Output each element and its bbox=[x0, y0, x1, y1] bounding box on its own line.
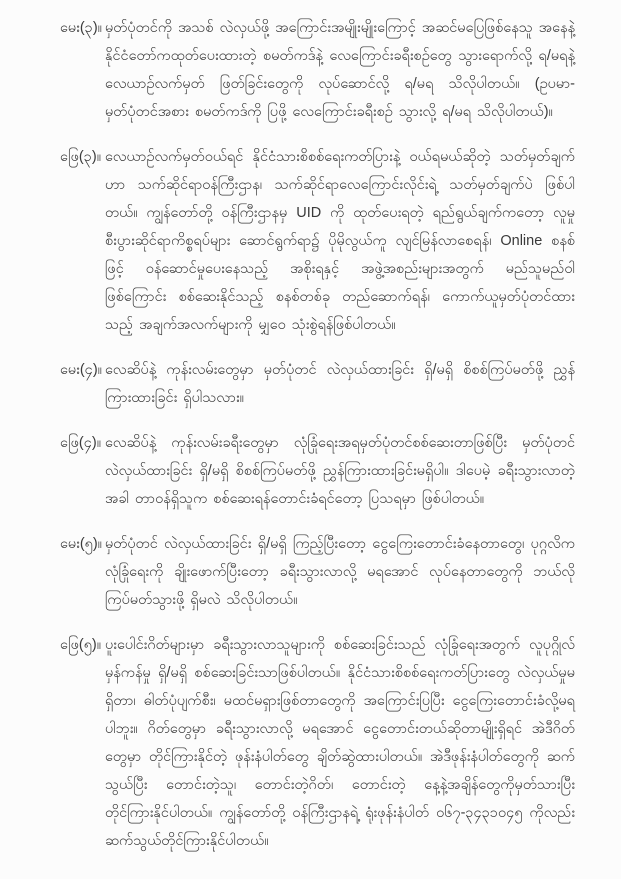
qa-item-question-4: မေး(၄)။ လေဆိပ်နဲ့ ကုန်းလမ်းတွေမှာ မှတ်ပု… bbox=[60, 356, 575, 412]
qa-paragraph: လေဆိပ်နဲ့ ကုန်းလမ်းတွေမှာ မှတ်ပုံတင် လဲလ… bbox=[105, 356, 575, 412]
qa-label: ဖြေ(၄)။ bbox=[60, 429, 105, 457]
qa-label: မေး(၅)။ bbox=[60, 530, 105, 558]
qa-paragraph: ပူးပေါင်းဂိတ်များမှာ ခရီးသွားလာသူများကို… bbox=[105, 631, 575, 855]
qa-paragraph: မှတ်ပုံတင် လဲလှယ်ထားခြင်း ရှိ/မရှိ ကြည့်… bbox=[105, 530, 575, 614]
qa-item-answer-3: ဖြေ(၃)။ လေယာဉ်လက်မှတ်ဝယ်ရင် နိုင်ငံသားစိ… bbox=[60, 143, 575, 339]
qa-item-answer-5: ဖြေ(၅)။ ပူးပေါင်းဂိတ်များမှာ ခရီးသွားလာသ… bbox=[60, 631, 575, 855]
qa-label: မေး(၄)။ bbox=[60, 356, 105, 384]
qa-item-question-5: မေး(၅)။ မှတ်ပုံတင် လဲလှယ်ထားခြင်း ရှိ/မရ… bbox=[60, 530, 575, 614]
qa-label: ဖြေ(၃)။ bbox=[60, 143, 105, 171]
qa-item-answer-4: ဖြေ(၄)။ လေဆိပ်နဲ့ ကုန်းလမ်းခရီးတွေမှာ လု… bbox=[60, 429, 575, 513]
document-page: မေး(၃)။ မှတ်ပုံတင်ကို အသစ် လဲလှယ်ဖို့ အက… bbox=[0, 0, 621, 879]
qa-paragraph: မှတ်ပုံတင်ကို အသစ် လဲလှယ်ဖို့ အကြောင်းအမ… bbox=[105, 14, 575, 126]
qa-paragraph: လေယာဉ်လက်မှတ်ဝယ်ရင် နိုင်ငံသားစိစစ်ရေးကတ… bbox=[105, 143, 575, 339]
qa-label: မေး(၃)။ bbox=[60, 14, 105, 42]
qa-item-question-3: မေး(၃)။ မှတ်ပုံတင်ကို အသစ် လဲလှယ်ဖို့ အက… bbox=[60, 14, 575, 126]
qa-paragraph: လေဆိပ်နဲ့ ကုန်းလမ်းခရီးတွေမှာ လုံခြုံရေး… bbox=[105, 429, 575, 513]
qa-label: ဖြေ(၅)။ bbox=[60, 631, 105, 659]
